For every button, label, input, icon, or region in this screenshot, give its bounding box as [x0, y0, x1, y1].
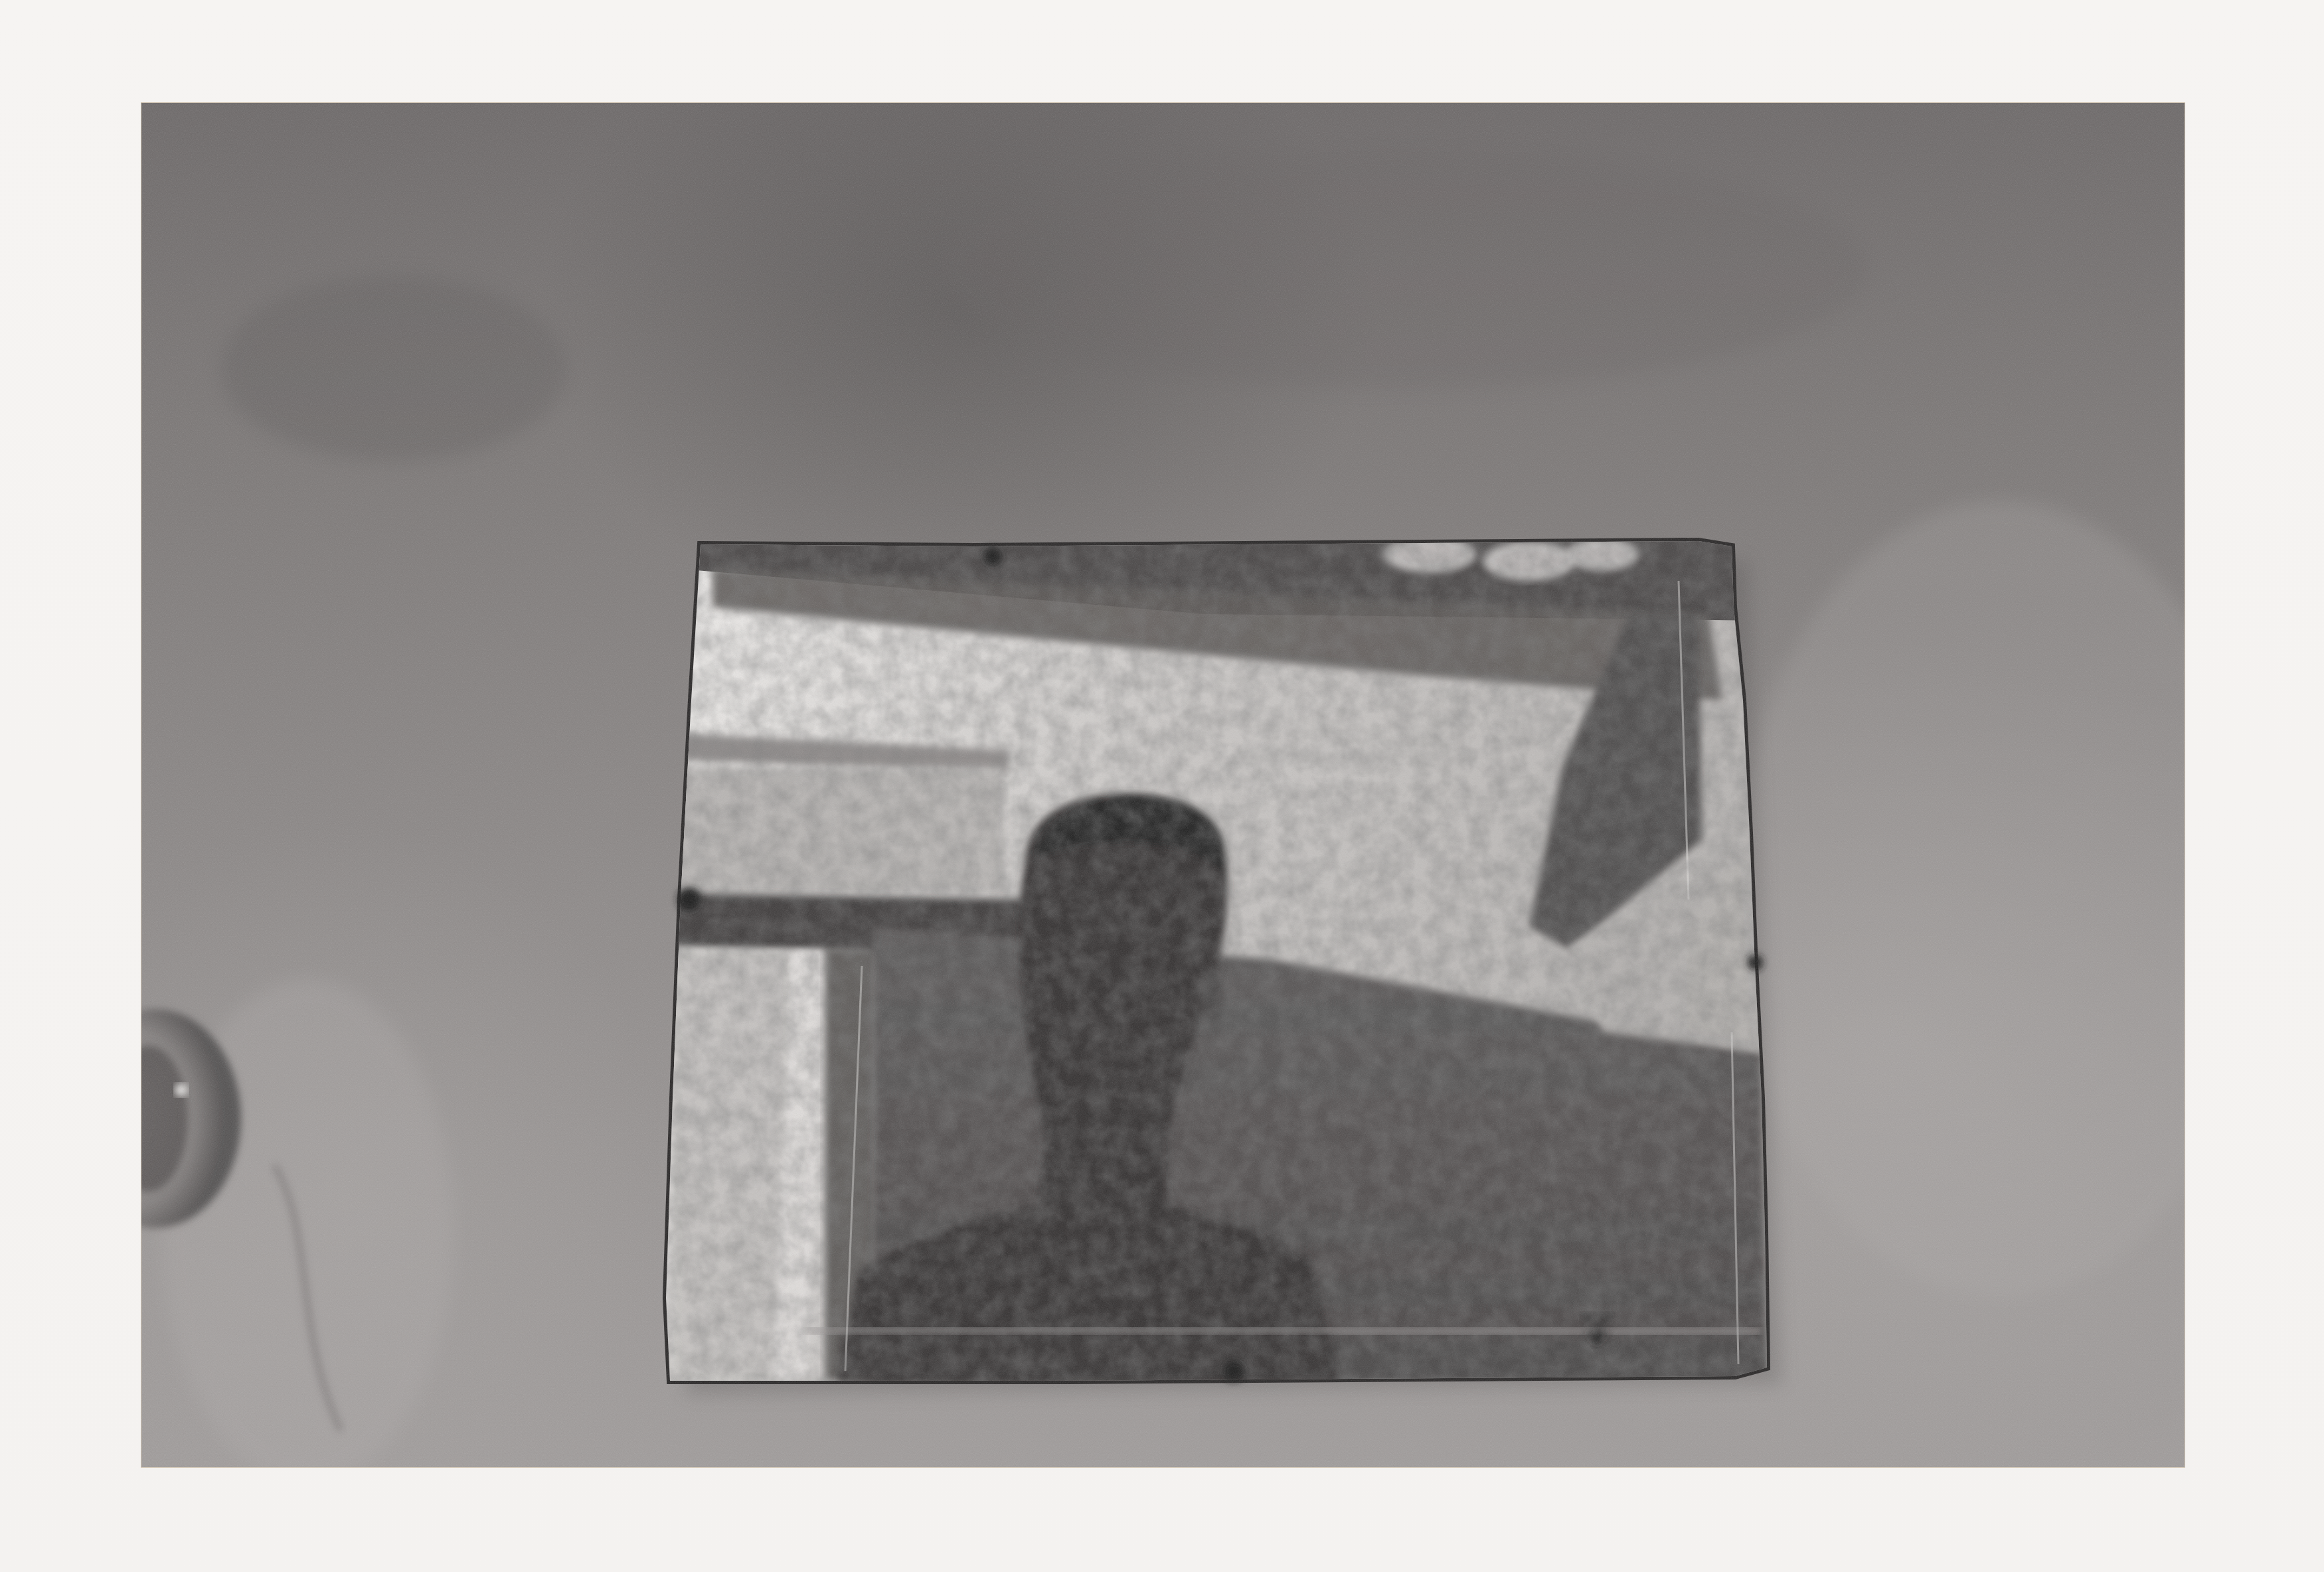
photo-scene	[141, 103, 2185, 1467]
film-grain	[141, 103, 2185, 1467]
paper-mat	[0, 0, 2324, 1572]
photo-print	[141, 103, 2185, 1467]
